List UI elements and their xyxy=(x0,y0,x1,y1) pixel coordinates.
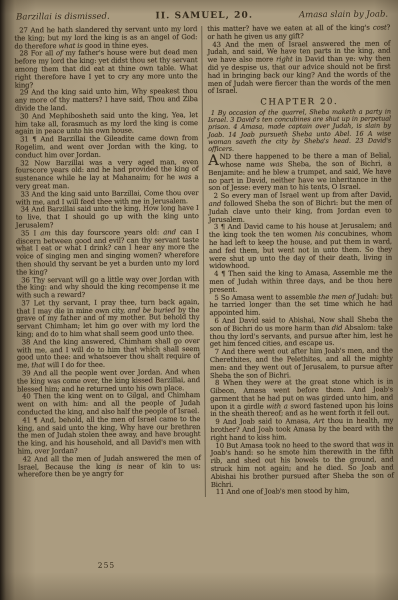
text-run: followed Sheba the son of Bichri: but th… xyxy=(209,198,392,223)
verse-paragraph: 2 So every man of Israel went up from af… xyxy=(209,192,392,225)
verse-paragraph: 10 But Amasa took no heed to the sword t… xyxy=(210,441,393,489)
verse-paragraph: 42 And all the men of Judah answered the… xyxy=(18,455,201,480)
text-run: 41 ¶ And, behold, all the men of Israel … xyxy=(17,415,200,456)
verse-paragraph: 38 And the king answered, Chimham shall … xyxy=(17,338,200,371)
drop-cap-letter: A xyxy=(208,154,219,168)
verse-paragraph: AND there happened to be there a man of … xyxy=(208,153,391,193)
verse-paragraph: 27 And he hath slandered thy servant unt… xyxy=(14,26,197,51)
verse-paragraph: 32 Now Barzillai was a very aged man, ev… xyxy=(15,159,198,192)
scanned-bible-page: Barzillai is dismissed. II. SAMUEL, 20. … xyxy=(0,0,398,600)
verse-paragraph: 8 When they were at the great stone whic… xyxy=(210,379,393,419)
verse-paragraph: 6 And David said to Abishai, Now shall S… xyxy=(210,316,393,349)
text-columns: 27 And he hath slandered thy servant unt… xyxy=(14,25,394,499)
text-run: 34 And Barzillai said unto the king, How… xyxy=(16,204,199,229)
text-run: CHAPTER 20. xyxy=(260,97,338,108)
italic-text-run: was xyxy=(178,173,191,181)
text-run: 1 By occasion of the quarrel, Sheba make… xyxy=(208,107,391,152)
verse-paragraph: 40 Then the king went on to Gilgal, and … xyxy=(17,392,200,417)
text-run: 4 ¶ Then said the king to Amasa, Assembl… xyxy=(209,269,392,294)
right-column: this matter? have we eaten at all of the… xyxy=(202,25,394,498)
text-run: 39 And all the people went over Jordan. … xyxy=(17,368,200,393)
text-run: 36 Thy servant will go a little way over… xyxy=(16,275,199,300)
verse-paragraph: 9 And Joab said to Amasa, Art thou in he… xyxy=(210,418,393,443)
verse-paragraph: 34 And Barzillai said unto the king, How… xyxy=(16,205,199,230)
verse-paragraph: 29 And the king said unto him, Why speak… xyxy=(15,88,198,113)
verse-paragraph: 5 So Amasa went to assemble the men of J… xyxy=(209,293,392,318)
verse-paragraph: 43 And the men of Israel answered the me… xyxy=(207,40,390,96)
verse-paragraph: 4 ¶ Then said the king to Amasa, Assembl… xyxy=(209,270,392,295)
chapter-summary: 1 By occasion of the quarrel, Sheba make… xyxy=(208,108,391,153)
verse-paragraph: 31 ¶ And Barzillai the Gileadite came do… xyxy=(15,135,198,160)
verse-paragraph: 35 I am this day fourscore years old: an… xyxy=(16,229,199,277)
text-run: 11 And one of Joab's men stood by him, xyxy=(216,487,350,496)
text-run: 40 Then the king went on to Gilgal, and … xyxy=(17,391,200,416)
italic-text-run: cost xyxy=(373,24,387,32)
running-head-left: Barzillai is dismissed. xyxy=(16,12,110,23)
verse-paragraph: 11 And one of Joab's men stood by him, xyxy=(211,488,394,497)
verse-paragraph: 39 And all the people went over Jordan. … xyxy=(17,369,200,394)
text-run: 29 And the king said unto him, Why speak… xyxy=(15,87,198,112)
book-chapter-title: II. SAMUEL, 20. xyxy=(155,11,253,22)
text-run: 30 And Mephibosheth said unto the king, … xyxy=(15,111,198,136)
verse-paragraph: 37 Let thy servant, I pray thee, turn ba… xyxy=(16,299,199,339)
verse-paragraph: 28 For all of my father's house were but… xyxy=(14,49,197,89)
verse-paragraph: 3 ¶ And David came to his house at Jerus… xyxy=(209,223,392,271)
left-column: 27 And he hath slandered thy servant unt… xyxy=(14,26,205,499)
verse-paragraph: 30 And Mephibosheth said unto the king, … xyxy=(15,112,198,137)
page-number: 255 xyxy=(56,560,156,570)
page-content: Barzillai is dismissed. II. SAMUEL, 20. … xyxy=(14,7,394,499)
text-run: 7 And there went out after him Joab's me… xyxy=(210,347,393,380)
verse-paragraph: 36 Thy servant will go a little way over… xyxy=(16,276,199,301)
chapter-heading: CHAPTER 20. xyxy=(208,99,391,108)
verse-paragraph: 41 ¶ And, behold, all the men of Israel … xyxy=(17,416,200,456)
text-run: 31 ¶ And Barzillai the Gileadite came do… xyxy=(15,134,198,159)
running-head-right: Amasa slain by Joab. xyxy=(299,10,388,21)
verse-paragraph: 7 And there went out after him Joab's me… xyxy=(210,348,393,381)
text-run: 32 Now Barzillai was a very aged man, ev… xyxy=(15,158,198,183)
